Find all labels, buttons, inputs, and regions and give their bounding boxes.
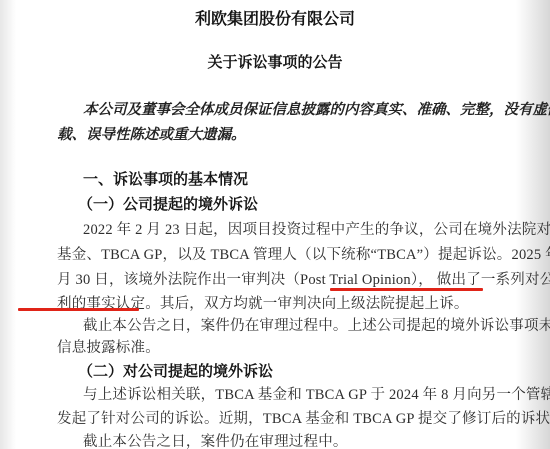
paragraph-2-line-1: 截止本公告之日，案件仍在审理过程中。上述公司提起的境外诉讼事项未达到: [83, 319, 550, 334]
announcement-document-page: 利欧集团股份有限公司 关于诉讼事项的公告 本公司及董事会全体成员保证信息披露的内…: [0, 0, 550, 449]
red-underline-annotation-1: [330, 288, 483, 291]
paragraph-1-line-3: 月 30 日，该境外法院作出一审判决（Post Trial Opinion）， …: [57, 273, 550, 288]
company-name-title: 利欧集团股份有限公司: [0, 12, 550, 27]
section-heading-basic-situation: 一、诉讼事项的基本情况: [83, 172, 248, 187]
paragraph-1-line-3-marked-text: 做出了一系列对公司有: [437, 272, 550, 288]
disclaimer-line-2: 载、误导性陈述或重大遗漏。: [57, 127, 246, 142]
paragraph-1-line-2: 基金、TBCA GP，以及 TBCA 管理人（以下统称“TBCA”）提起诉讼。2…: [57, 248, 550, 263]
subsection-heading-litigation-against-company: （二）对公司提起的境外诉讼: [78, 364, 273, 379]
subsection-heading-company-initiated-litigation: （一）公司提起的境外诉讼: [78, 197, 258, 212]
paragraph-1-line-3-normal: 月 30 日，该境外法院作出一审判决（Post Trial Opinion），: [57, 272, 437, 288]
paragraph-4-line-1: 截止本公告之日，案件仍在审理过程中。: [83, 435, 348, 449]
paragraph-1-line-4-normal: 。其后，双方均就一审判决向上级法院提起上诉。: [145, 296, 468, 312]
paragraph-3-line-2: 发起了针对公司的诉讼。近期，TBCA 基金和 TBCA GP 提交了修订后的诉状…: [57, 412, 550, 427]
paragraph-3-line-1: 与上述诉讼相关联，TBCA 基金和 TBCA GP 于 2024 年 8 月向另…: [83, 388, 550, 403]
disclaimer-line-1: 本公司及董事会全体成员保证信息披露的内容真实、准确、完整，没有虚假记: [83, 102, 550, 117]
red-underline-annotation-2: [18, 308, 139, 311]
announcement-title: 关于诉讼事项的公告: [0, 55, 550, 70]
paragraph-2-line-2: 信息披露标准。: [57, 341, 160, 356]
paragraph-1-line-1: 2022 年 2 月 23 日起，因项目投资过程中产生的争议，公司在境外法院对 …: [83, 223, 550, 238]
